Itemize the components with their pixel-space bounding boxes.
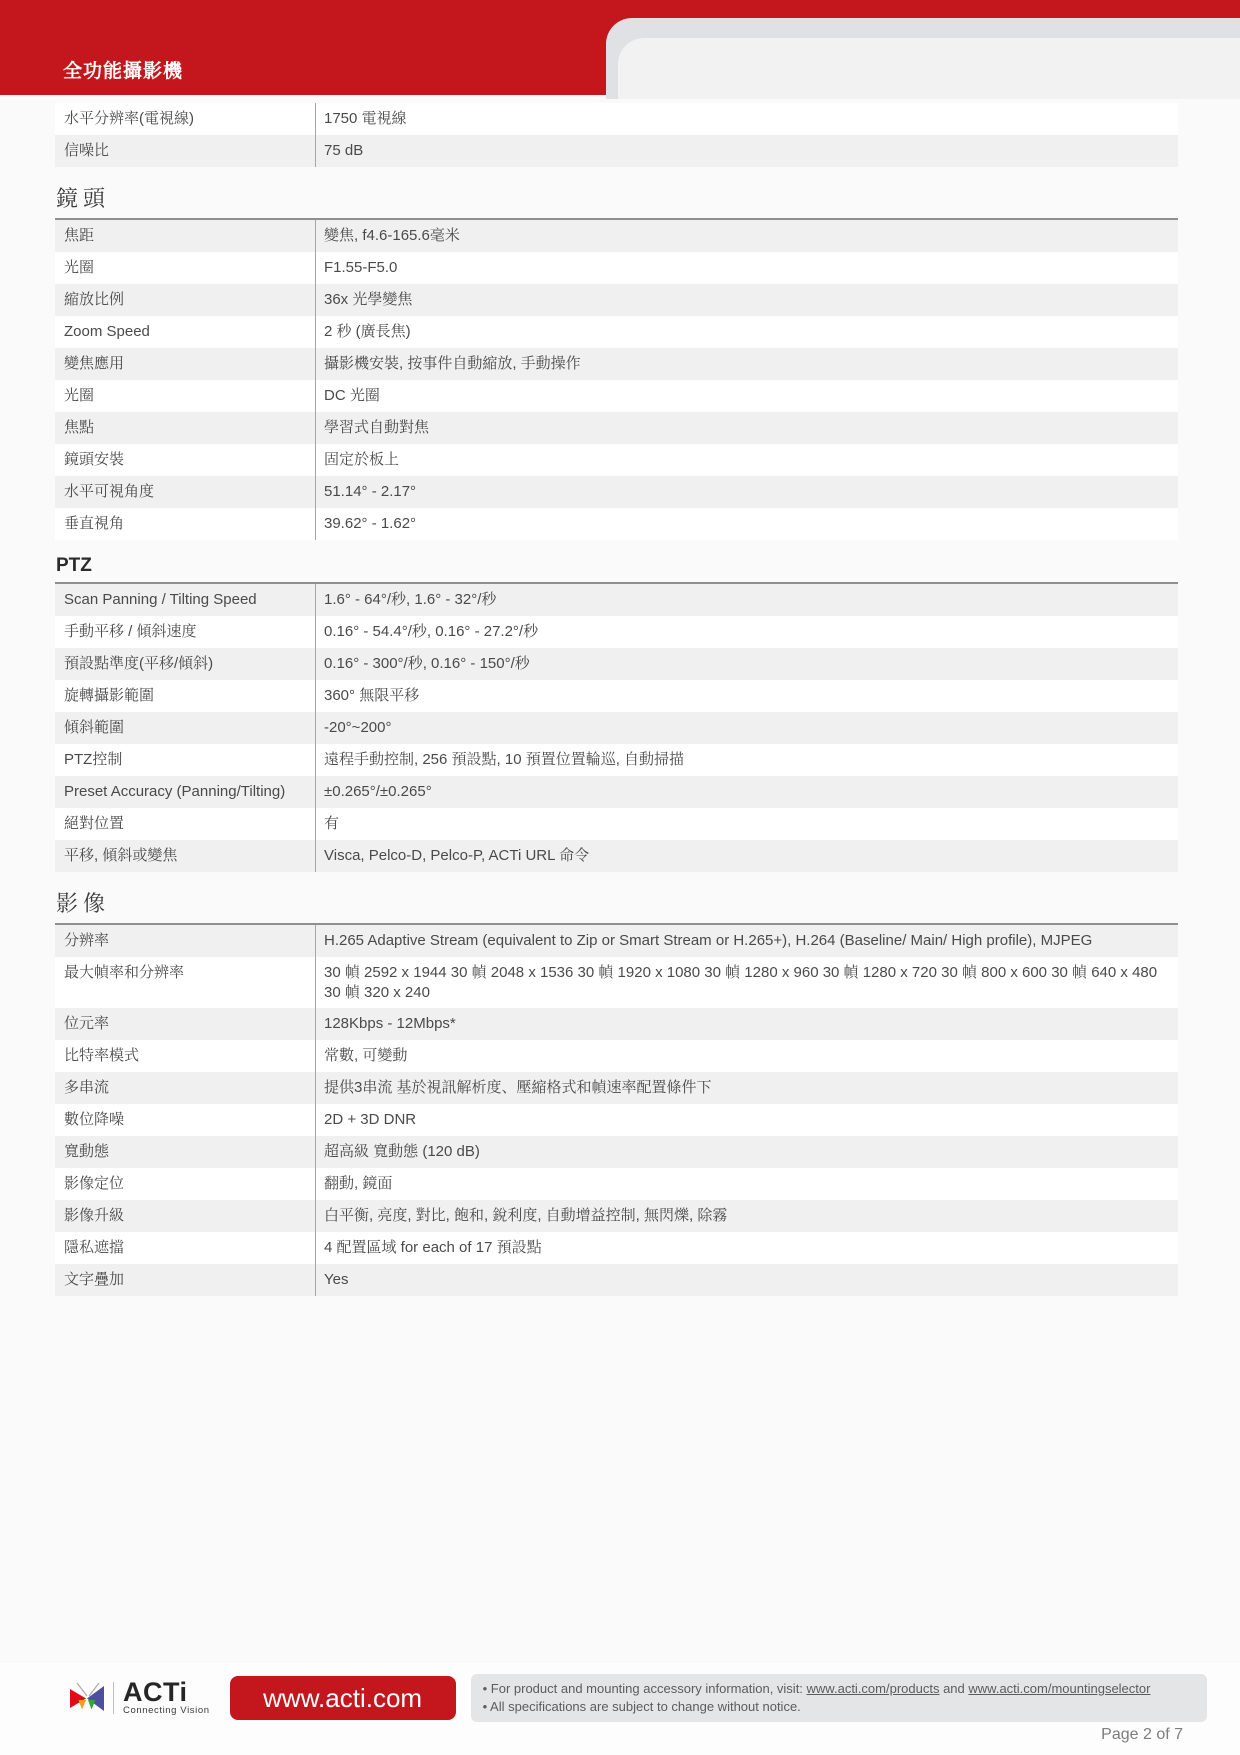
spec-label: 光圈 xyxy=(55,252,315,284)
section-heading: PTZ xyxy=(55,553,1178,584)
spec-row: 絕對位置有 xyxy=(55,808,1178,840)
spec-label: 水平分辨率(電視線) xyxy=(55,103,315,135)
spec-label: 影像定位 xyxy=(55,1168,315,1200)
spec-value: 1.6° - 64°/秒, 1.6° - 32°/秒 xyxy=(315,584,1178,616)
spec-table: 分辨率H.265 Adaptive Stream (equivalent to … xyxy=(55,925,1178,1296)
spec-value: 白平衡, 亮度, 對比, 飽和, 銳利度, 自動增益控制, 無閃爍, 除霧 xyxy=(315,1200,1178,1232)
spec-value: 30 幀 2592 x 1944 30 幀 2048 x 1536 30 幀 1… xyxy=(315,957,1178,1008)
spec-row: 影像升級白平衡, 亮度, 對比, 飽和, 銳利度, 自動增益控制, 無閃爍, 除… xyxy=(55,1200,1178,1232)
spec-label: 分辨率 xyxy=(55,925,315,957)
spec-label: Scan Panning / Tilting Speed xyxy=(55,584,315,616)
spec-label: 旋轉攝影範圍 xyxy=(55,680,315,712)
spec-label: 焦距 xyxy=(55,220,315,252)
spec-row: 預設點準度(平移/傾斜)0.16° - 300°/秒, 0.16° - 150°… xyxy=(55,648,1178,680)
spec-value: 36x 光學變焦 xyxy=(315,284,1178,316)
spec-value: 39.62° - 1.62° xyxy=(315,508,1178,540)
spec-row: 水平分辨率(電視線)1750 電視線 xyxy=(55,103,1178,135)
spec-value: 提供3串流 基於視訊解析度、壓縮格式和幀速率配置條件下 xyxy=(315,1072,1178,1104)
spec-table: 水平分辨率(電視線)1750 電視線信噪比75 dB xyxy=(55,103,1178,167)
spec-value: 常數, 可變動 xyxy=(315,1040,1178,1072)
spec-label: 縮放比例 xyxy=(55,284,315,316)
spec-label: 寬動態 xyxy=(55,1136,315,1168)
spec-label: 隱私遮擋 xyxy=(55,1232,315,1264)
spec-label: 垂直視角 xyxy=(55,508,315,540)
section-heading: 鏡頭 xyxy=(55,180,1178,220)
spec-value: 51.14° - 2.17° xyxy=(315,476,1178,508)
spec-row: 文字疊加Yes xyxy=(55,1264,1178,1296)
spec-row: 數位降噪2D + 3D DNR xyxy=(55,1104,1178,1136)
logo-divider xyxy=(113,1682,114,1714)
spec-row: Scan Panning / Tilting Speed1.6° - 64°/秒… xyxy=(55,584,1178,616)
footer: ACTi Connecting Vision www.acti.com • Fo… xyxy=(68,1674,1207,1722)
spec-row: 光圈DC 光圈 xyxy=(55,380,1178,412)
spec-value: 攝影機安裝, 按事件自動縮放, 手動操作 xyxy=(315,348,1178,380)
spec-label: 多串流 xyxy=(55,1072,315,1104)
header-curve-panel xyxy=(618,38,1240,99)
spec-value: H.265 Adaptive Stream (equivalent to Zip… xyxy=(315,925,1178,957)
products-link[interactable]: www.acti.com/products xyxy=(807,1681,940,1696)
spec-row: Zoom Speed2 秒 (廣長焦) xyxy=(55,316,1178,348)
spec-row: 旋轉攝影範圍360° 無限平移 xyxy=(55,680,1178,712)
spec-row: 隱私遮擋4 配置區域 for each of 17 預設點 xyxy=(55,1232,1178,1264)
spec-row: 鏡頭安裝固定於板上 xyxy=(55,444,1178,476)
spec-row: 焦距變焦, f4.6-165.6毫米 xyxy=(55,220,1178,252)
spec-value: 4 配置區域 for each of 17 預設點 xyxy=(315,1232,1178,1264)
spec-value: 變焦, f4.6-165.6毫米 xyxy=(315,220,1178,252)
logo-name: ACTi xyxy=(123,1680,210,1705)
spec-row: 位元率128Kbps - 12Mbps* xyxy=(55,1008,1178,1040)
spec-value: -20°~200° xyxy=(315,712,1178,744)
note-line-1: • For product and mounting accessory inf… xyxy=(483,1680,1195,1698)
spec-row: 多串流提供3串流 基於視訊解析度、壓縮格式和幀速率配置條件下 xyxy=(55,1072,1178,1104)
spec-row: 垂直視角39.62° - 1.62° xyxy=(55,508,1178,540)
spec-row: 光圈F1.55-F5.0 xyxy=(55,252,1178,284)
spec-value: 0.16° - 300°/秒, 0.16° - 150°/秒 xyxy=(315,648,1178,680)
spec-value: F1.55-F5.0 xyxy=(315,252,1178,284)
logo-text: ACTi Connecting Vision xyxy=(123,1680,210,1716)
spec-value: DC 光圈 xyxy=(315,380,1178,412)
spec-value: 0.16° - 54.4°/秒, 0.16° - 27.2°/秒 xyxy=(315,616,1178,648)
spec-label: 影像升級 xyxy=(55,1200,315,1232)
spec-label: 位元率 xyxy=(55,1008,315,1040)
spec-label: 數位降噪 xyxy=(55,1104,315,1136)
spec-row: 變焦應用攝影機安裝, 按事件自動縮放, 手動操作 xyxy=(55,348,1178,380)
spec-label: 比特率模式 xyxy=(55,1040,315,1072)
spec-label: 信噪比 xyxy=(55,135,315,167)
page-title: 全功能攝影機 xyxy=(63,56,183,83)
spec-row: 焦點學習式自動對焦 xyxy=(55,412,1178,444)
section-heading: 影像 xyxy=(55,885,1178,925)
spec-value: 遠程手動控制, 256 預設點, 10 預置位置輪巡, 自動掃描 xyxy=(315,744,1178,776)
spec-label: 絕對位置 xyxy=(55,808,315,840)
spec-value: Yes xyxy=(315,1264,1178,1296)
spec-label: 光圈 xyxy=(55,380,315,412)
spec-row: 寬動態超高級 寬動態 (120 dB) xyxy=(55,1136,1178,1168)
spec-row: 手動平移 / 傾斜速度0.16° - 54.4°/秒, 0.16° - 27.2… xyxy=(55,616,1178,648)
spec-label: 文字疊加 xyxy=(55,1264,315,1296)
spec-value: 固定於板上 xyxy=(315,444,1178,476)
spec-row: 平移, 傾斜或變焦Visca, Pelco-D, Pelco-P, ACTi U… xyxy=(55,840,1178,872)
logo-tagline: Connecting Vision xyxy=(123,1705,210,1716)
spec-value: Visca, Pelco-D, Pelco-P, ACTi URL 命令 xyxy=(315,840,1178,872)
spec-row: 縮放比例36x 光學變焦 xyxy=(55,284,1178,316)
spec-table: 焦距變焦, f4.6-165.6毫米光圈F1.55-F5.0縮放比例36x 光學… xyxy=(55,220,1178,540)
butterfly-logo-icon xyxy=(68,1681,106,1715)
spec-row: 影像定位翻動, 鏡面 xyxy=(55,1168,1178,1200)
note-1-and: and xyxy=(939,1681,968,1696)
spec-value: 1750 電視線 xyxy=(315,103,1178,135)
spec-label: 傾斜範圍 xyxy=(55,712,315,744)
spec-value: 學習式自動對焦 xyxy=(315,412,1178,444)
spec-label: 平移, 傾斜或變焦 xyxy=(55,840,315,872)
spec-value: 翻動, 鏡面 xyxy=(315,1168,1178,1200)
mountingselector-link[interactable]: www.acti.com/mountingselector xyxy=(968,1681,1150,1696)
spec-label: Zoom Speed xyxy=(55,316,315,348)
spec-row: 分辨率H.265 Adaptive Stream (equivalent to … xyxy=(55,925,1178,957)
spec-row: PTZ控制遠程手動控制, 256 預設點, 10 預置位置輪巡, 自動掃描 xyxy=(55,744,1178,776)
spec-row: 傾斜範圍-20°~200° xyxy=(55,712,1178,744)
spec-label: 焦點 xyxy=(55,412,315,444)
spec-label: Preset Accuracy (Panning/Tilting) xyxy=(55,776,315,808)
spec-row: Preset Accuracy (Panning/Tilting)±0.265°… xyxy=(55,776,1178,808)
spec-value: 128Kbps - 12Mbps* xyxy=(315,1008,1178,1040)
spec-label: 手動平移 / 傾斜速度 xyxy=(55,616,315,648)
spec-label: 鏡頭安裝 xyxy=(55,444,315,476)
spec-value: 2D + 3D DNR xyxy=(315,1104,1178,1136)
spec-table: Scan Panning / Tilting Speed1.6° - 64°/秒… xyxy=(55,584,1178,872)
page-number: Page 2 of 7 xyxy=(1101,1726,1183,1744)
footer-notes: • For product and mounting accessory inf… xyxy=(471,1674,1207,1722)
website-button[interactable]: www.acti.com xyxy=(230,1676,456,1720)
spec-row: 比特率模式常數, 可變動 xyxy=(55,1040,1178,1072)
spec-value: 有 xyxy=(315,808,1178,840)
spec-row: 最大幀率和分辨率30 幀 2592 x 1944 30 幀 2048 x 153… xyxy=(55,957,1178,1008)
page-header: 全功能攝影機 xyxy=(0,0,1240,95)
spec-value: 360° 無限平移 xyxy=(315,680,1178,712)
spec-label: 水平可視角度 xyxy=(55,476,315,508)
spec-row: 水平可視角度51.14° - 2.17° xyxy=(55,476,1178,508)
spec-value: ±0.265°/±0.265° xyxy=(315,776,1178,808)
spec-label: 預設點準度(平移/傾斜) xyxy=(55,648,315,680)
spec-label: PTZ控制 xyxy=(55,744,315,776)
spec-sections: 水平分辨率(電視線)1750 電視線信噪比75 dB鏡頭焦距變焦, f4.6-1… xyxy=(55,103,1178,1296)
spec-row: 信噪比75 dB xyxy=(55,135,1178,167)
note-1-text: • For product and mounting accessory inf… xyxy=(483,1681,807,1696)
note-line-2: • All specifications are subject to chan… xyxy=(483,1698,1195,1716)
spec-value: 超高級 寬動態 (120 dB) xyxy=(315,1136,1178,1168)
spec-label: 最大幀率和分辨率 xyxy=(55,957,315,1008)
spec-value: 2 秒 (廣長焦) xyxy=(315,316,1178,348)
spec-label: 變焦應用 xyxy=(55,348,315,380)
spec-value: 75 dB xyxy=(315,135,1178,167)
